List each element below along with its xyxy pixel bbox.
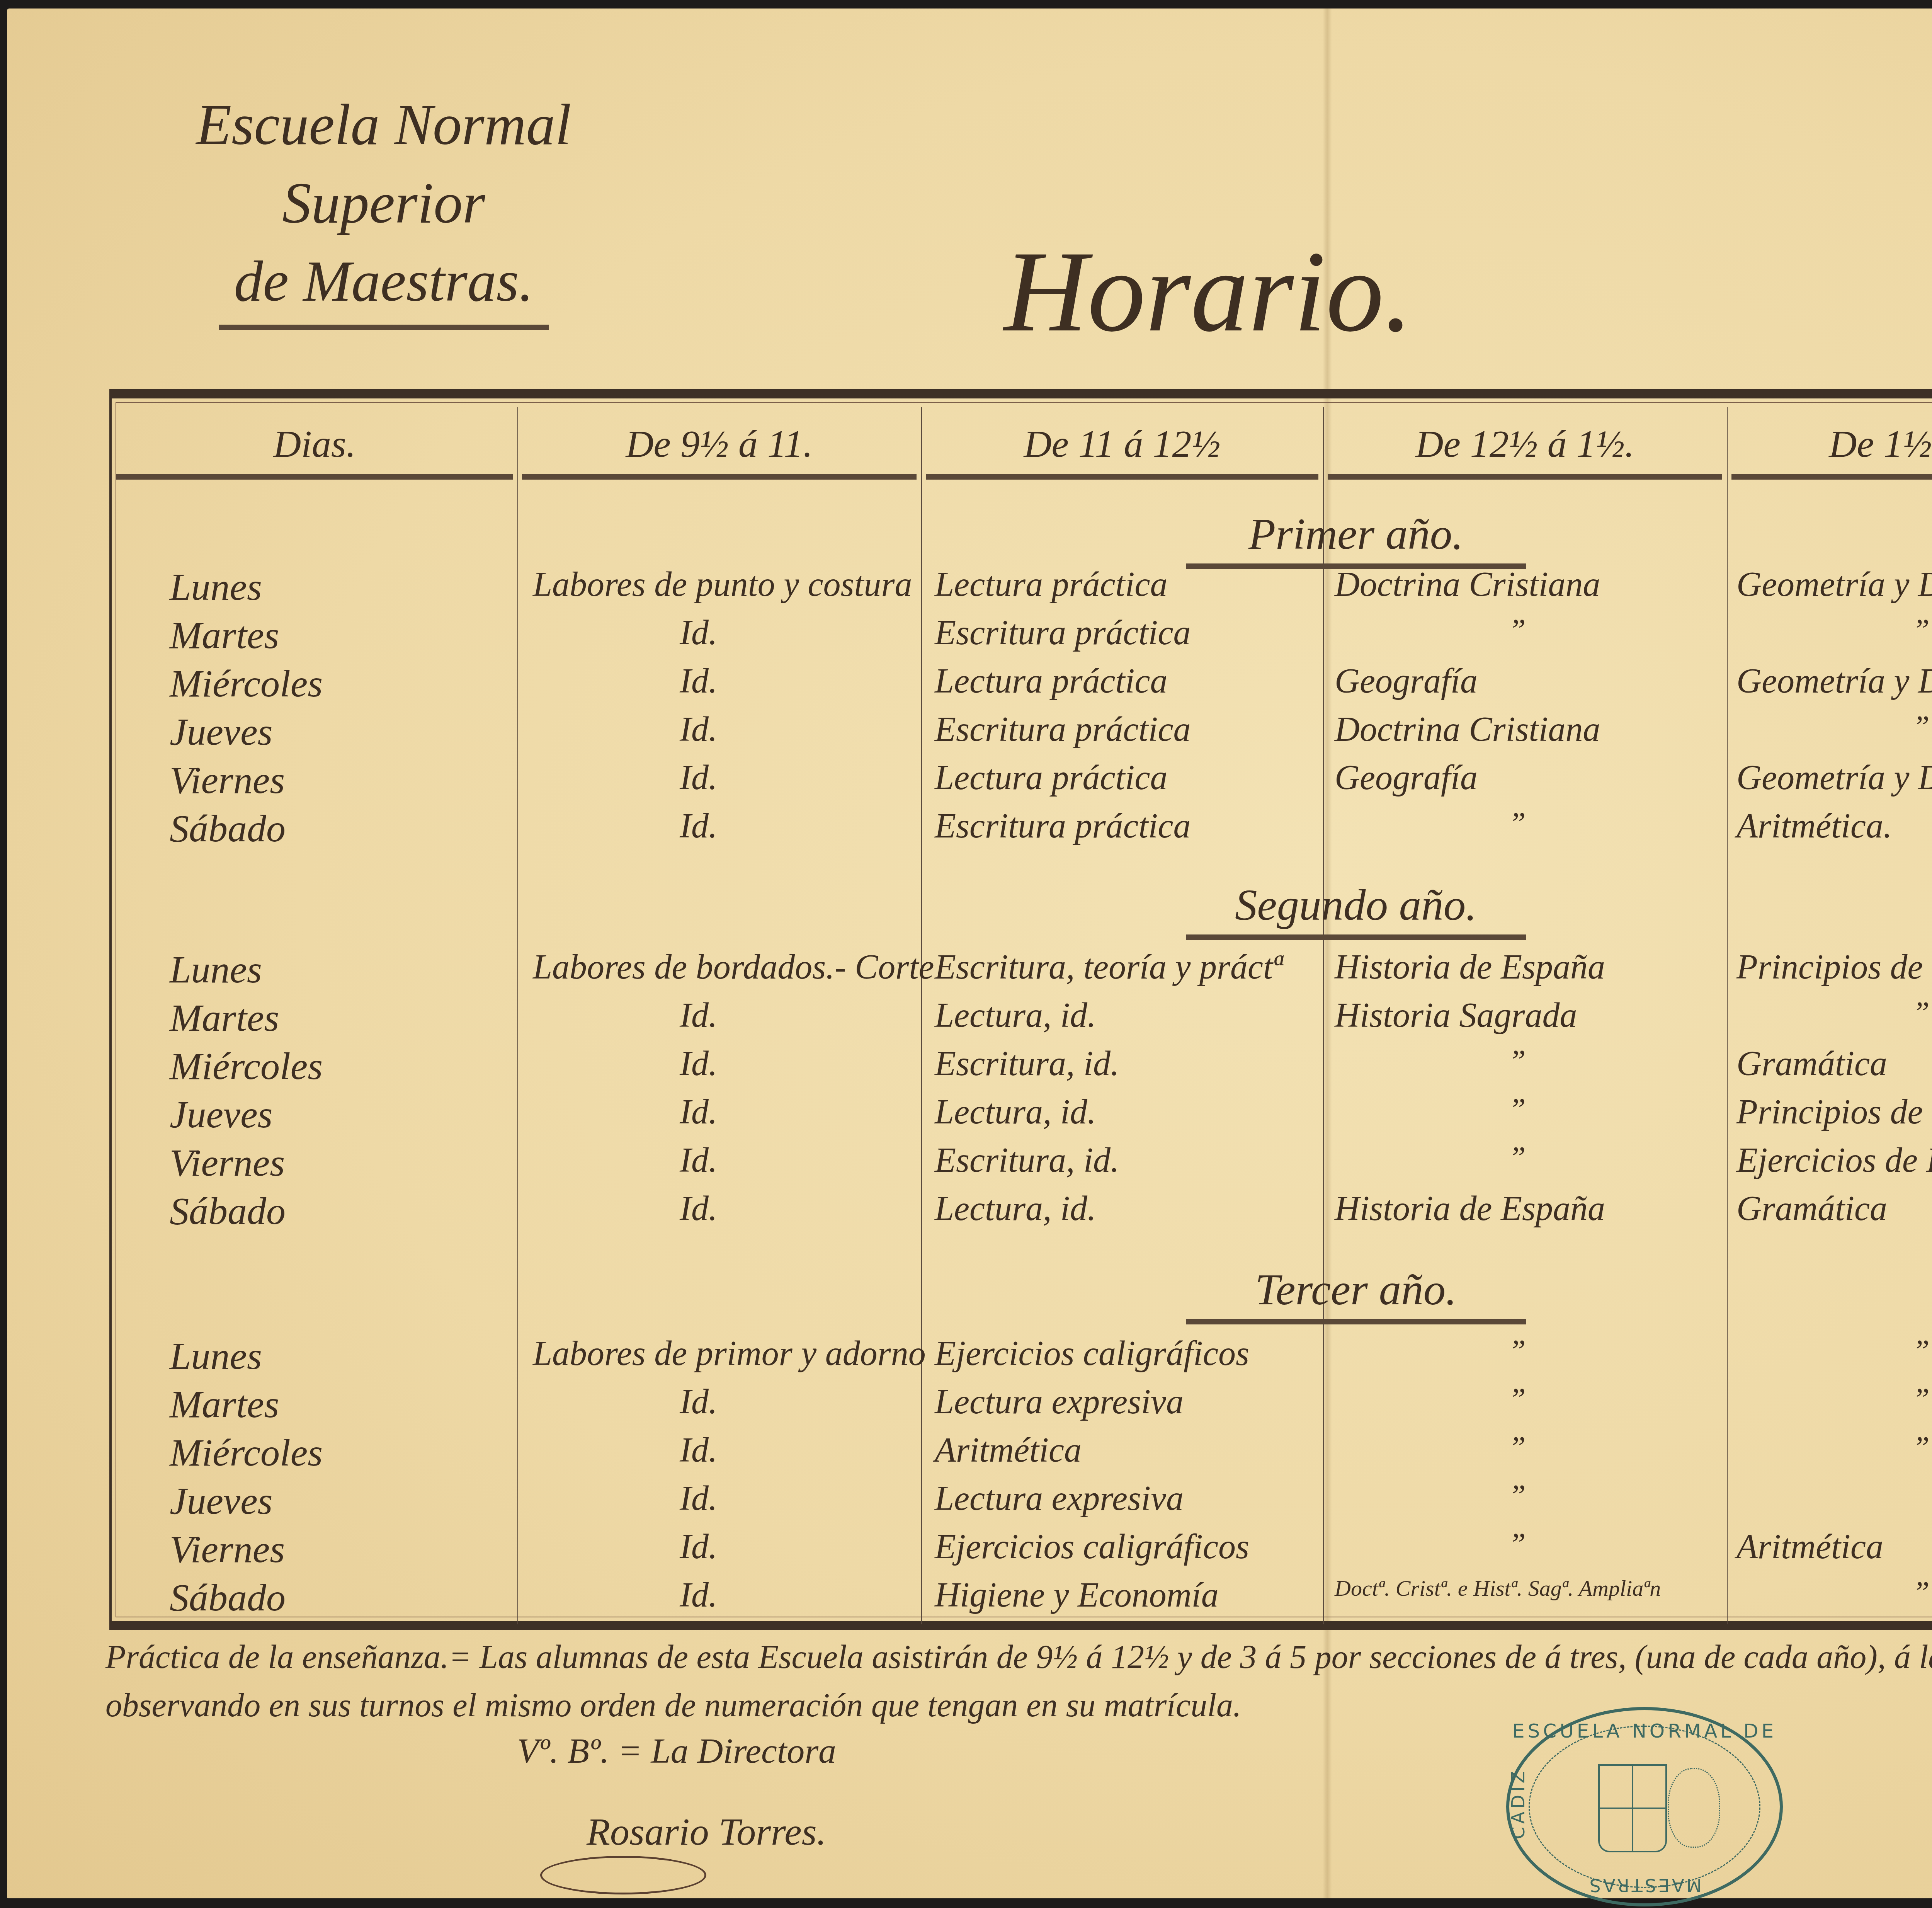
schedule-cell: Id. <box>680 1575 717 1615</box>
laurel-icon <box>1668 1768 1720 1848</box>
day-label: Martes <box>170 1382 279 1426</box>
column-header: De 1½ á 2½. <box>1727 422 1932 464</box>
day-label: Sábado <box>170 1189 286 1233</box>
schedule-cell: Lectura práctica <box>935 565 1167 604</box>
schedule-cell: ” <box>1509 1140 1526 1176</box>
day-label: Miércoles <box>170 1044 323 1088</box>
schedule-cell: ” <box>1509 613 1526 648</box>
schedule-cell: Lectura práctica <box>935 661 1167 701</box>
day-label: Miércoles <box>170 1430 323 1475</box>
column-header-label: Dias. <box>112 422 517 466</box>
schedule-cell: Id. <box>680 710 717 749</box>
section-title: Primer año. <box>1186 509 1526 569</box>
schedule-cell: Historia de España <box>1335 947 1605 987</box>
column-header-label: De 11 á 12½ <box>921 422 1323 466</box>
schedule-cell: Labores de primor y adorno <box>533 1334 926 1374</box>
schedule-cell: Historia Sagrada <box>1335 996 1577 1035</box>
schedule-cell: Id. <box>680 661 717 701</box>
schedule-cell: ” <box>1912 613 1930 648</box>
schedule-cell: Doctrina Cristiana <box>1335 710 1600 749</box>
day-label: Viernes <box>170 1140 285 1185</box>
schedule-cell: Id. <box>680 996 717 1035</box>
section-underline <box>1186 934 1526 940</box>
schedule-cell: Id. <box>680 806 717 846</box>
schedule-cell: Doctª. Cristª. e Histª. Sagª. Ampliaªn <box>1335 1575 1661 1601</box>
schedule-cell: Escritura, id. <box>935 1044 1119 1084</box>
schedule-cell: Id. <box>680 1479 717 1518</box>
seal-top-text: ESCUELA NORMAL DE <box>1509 1720 1780 1742</box>
header-underline <box>1328 474 1722 480</box>
schedule-cell: Escritura, teoría y práctª <box>935 947 1282 987</box>
coat-of-arms-icon <box>1598 1764 1667 1852</box>
school-name: Escuela Normal Superior de Maestras. <box>104 86 664 330</box>
schedule-cell: Aritmética <box>1736 1527 1883 1567</box>
schedule-cell: ” <box>1912 1334 1930 1369</box>
schedule-cell: Geometría y Dibujo <box>1736 758 1932 798</box>
schedule-cell: ” <box>1912 996 1930 1031</box>
column-header: De 11 á 12½ <box>921 422 1323 464</box>
schedule-cell: ” <box>1509 1527 1526 1562</box>
schedule-cell: ” <box>1912 710 1930 745</box>
practice-note-line2: observando en sus turnos el mismo orden … <box>105 1686 1242 1724</box>
day-label: Sábado <box>170 1575 286 1620</box>
column-divider <box>517 407 518 1624</box>
schedule-cell: Id. <box>680 1189 717 1229</box>
schedule-cell: ” <box>1509 1334 1526 1369</box>
column-header: De 12½ á 1½. <box>1323 422 1727 464</box>
schedule-cell: Geografía <box>1335 661 1478 701</box>
schedule-cell: Aritmética <box>935 1430 1082 1470</box>
schedule-cell: Gramática <box>1736 1044 1887 1084</box>
section-underline <box>1186 1319 1526 1324</box>
schedule-table: Dias.De 9½ á 11.De 11 á 12½De 12½ á 1½.D… <box>109 389 1932 1630</box>
schedule-cell: Ejercicios de Dibujo <box>1736 1140 1932 1180</box>
day-label: Lunes <box>170 565 262 609</box>
schedule-cell: Geometría y Dibujo <box>1736 565 1932 604</box>
schedule-cell: Principios de educación <box>1736 1092 1932 1132</box>
day-label: Jueves <box>170 1092 272 1137</box>
day-label: Martes <box>170 996 279 1040</box>
director-flourish <box>540 1856 706 1894</box>
schedule-cell: ” <box>1509 1382 1526 1417</box>
seal-side-text: CADIZ <box>1508 1768 1529 1839</box>
schedule-cell: Geometría y Dibujo <box>1736 661 1932 701</box>
schedule-cell: ” <box>1509 1479 1526 1514</box>
header-underline <box>522 474 917 480</box>
section-title: Tercer año. <box>1186 1264 1526 1324</box>
column-divider <box>1727 407 1728 1624</box>
day-label: Sábado <box>170 806 286 851</box>
day-label: Lunes <box>170 1334 262 1378</box>
school-seal-stamp: ESCUELA NORMAL DE MAESTRAS CADIZ <box>1506 1707 1783 1906</box>
day-label: Jueves <box>170 1479 272 1523</box>
schedule-cell: Labores de bordados.- Corte <box>533 947 934 987</box>
schedule-cell: ” <box>1912 1382 1930 1417</box>
seal-bottom-text: MAESTRAS <box>1509 1875 1780 1896</box>
schedule-cell: Escritura práctica <box>935 613 1190 653</box>
schedule-cell: Geografía <box>1335 758 1478 798</box>
schedule-cell: Id. <box>680 1044 717 1084</box>
schedule-cell: Escritura práctica <box>935 806 1190 846</box>
day-label: Martes <box>170 613 279 657</box>
schedule-cell: ” <box>1509 1430 1526 1465</box>
schedule-cell: ” <box>1912 1575 1930 1610</box>
practice-note-line1: Práctica de la enseñanza.= Las alumnas d… <box>105 1637 1932 1676</box>
header-underline <box>116 474 513 480</box>
schedule-cell: ” <box>1912 1430 1930 1465</box>
schedule-cell: Id. <box>680 1382 717 1422</box>
schedule-cell: ” <box>1509 806 1526 841</box>
section-title-label: Segundo año. <box>1235 880 1477 929</box>
schedule-cell: Lectura, id. <box>935 1092 1096 1132</box>
schedule-cell: Ejercicios caligráficos <box>935 1527 1249 1567</box>
approval-label: Vº. Bº. = La Directora <box>517 1730 836 1771</box>
header-underline <box>926 474 1318 480</box>
column-header-label: De 1½ á 2½. <box>1727 422 1932 466</box>
schedule-cell: Historia de España <box>1335 1189 1605 1229</box>
schedule-cell: Lectura expresiva <box>935 1479 1184 1518</box>
column-header-label: De 9½ á 11. <box>517 422 921 466</box>
schedule-cell: Lectura, id. <box>935 996 1096 1035</box>
day-label: Viernes <box>170 758 285 802</box>
school-name-line1: Escuela Normal Superior <box>104 86 664 242</box>
schedule-cell: Escritura práctica <box>935 710 1190 749</box>
schedule-cell: ” <box>1509 1092 1526 1127</box>
schedule-cell: Lectura práctica <box>935 758 1167 798</box>
day-label: Viernes <box>170 1527 285 1571</box>
day-label: Miércoles <box>170 661 323 706</box>
schedule-cell: ” <box>1509 1044 1526 1079</box>
column-header: De 9½ á 11. <box>517 422 921 464</box>
column-header: Dias. <box>112 422 517 464</box>
section-title: Segundo año. <box>1186 880 1526 940</box>
column-divider <box>921 407 922 1624</box>
schedule-cell: Id. <box>680 613 717 653</box>
schedule-cell: Id. <box>680 1140 717 1180</box>
schedule-cell: Doctrina Cristiana <box>1335 565 1600 604</box>
schedule-cell: Id. <box>680 1430 717 1470</box>
schedule-cell: Gramática <box>1736 1189 1887 1229</box>
schedule-cell: Escritura, id. <box>935 1140 1119 1180</box>
schedule-cell: Id. <box>680 1527 717 1567</box>
schedule-cell: Higiene y Economía <box>935 1575 1219 1615</box>
schedule-cell: Id. <box>680 1092 717 1132</box>
school-name-line2: de Maestras. <box>219 242 549 330</box>
schedule-cell: Labores de punto y costura <box>533 565 912 604</box>
page-title: Horario. <box>1004 225 1413 358</box>
director-signature: Rosario Torres. <box>587 1809 827 1854</box>
column-divider <box>1323 407 1324 1624</box>
header-underline <box>1731 474 1932 480</box>
schedule-cell: Ejercicios caligráficos <box>935 1334 1249 1374</box>
day-label: Jueves <box>170 710 272 754</box>
day-label: Lunes <box>170 947 262 992</box>
schedule-cell: Principios de educación <box>1736 947 1932 987</box>
schedule-cell: Aritmética. <box>1736 806 1892 846</box>
section-title-label: Tercer año. <box>1255 1265 1457 1314</box>
schedule-cell: Lectura expresiva <box>935 1382 1184 1422</box>
column-header-label: De 12½ á 1½. <box>1323 422 1727 466</box>
document-paper: Escuela Normal Superior de Maestras. Cur… <box>7 9 1932 1898</box>
schedule-cell: Lectura, id. <box>935 1189 1096 1229</box>
section-title-label: Primer año. <box>1248 509 1463 558</box>
schedule-cell: Id. <box>680 758 717 798</box>
